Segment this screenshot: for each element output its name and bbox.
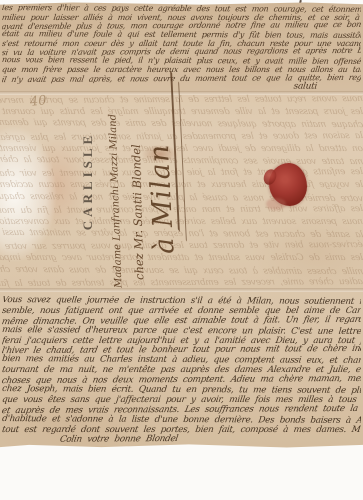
address-block: Madame Lanfranchi Mazzi Miland chez Mr. … — [110, 88, 230, 288]
postal-rate-mark: 40 — [29, 93, 47, 110]
letter-paper: les premiers d'hier à ces pays cette agr… — [0, 2, 363, 448]
address-line-recipient: Madame Lanfranchi Mazzi Miland — [107, 88, 125, 288]
carlisle-postmark: CARLISLE — [80, 121, 106, 241]
top-flap-text: les premiers d'hier à ces pays cette agr… — [2, 4, 361, 92]
handwriting-line: Colin votre bonne Blondel — [2, 433, 361, 445]
bottom-letter-text: Vous savez quelle journée de instruction… — [2, 296, 361, 446]
handwriting-line: mais elle s'assied d'heureux parce que c… — [2, 325, 361, 337]
letter-scan: les premiers d'hier à ces pays cette agr… — [0, 0, 363, 500]
handwriting-line: d'habitude et s'adonne à la liste d'une … — [2, 414, 361, 426]
handwriting-line: que mon frère passe le caractère heureux… — [2, 65, 361, 74]
fold-crease-lower — [0, 288, 363, 292]
wax-seal — [269, 163, 307, 206]
